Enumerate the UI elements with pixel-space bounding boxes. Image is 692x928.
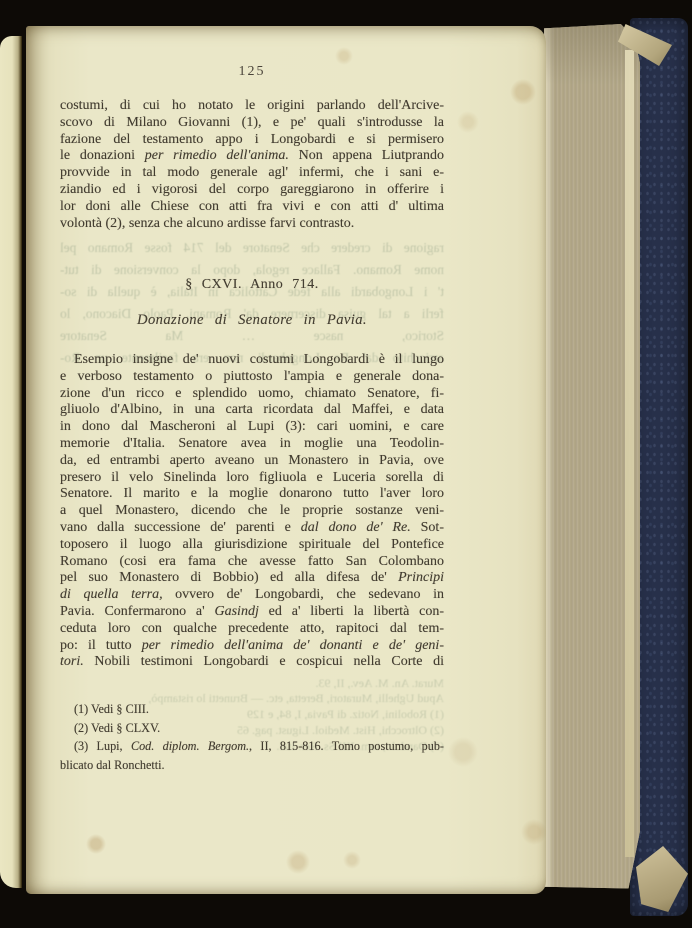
text-line: da, ed entrambi aperto aveano un Monaste… bbox=[60, 453, 444, 470]
text-line: blicato dal Ronchetti. bbox=[60, 758, 444, 777]
text-line: ceduta loro con qualche precedente atto,… bbox=[60, 621, 444, 638]
text-line: po: il tutto per rimedio dell'anima de' … bbox=[60, 638, 444, 655]
bleedthrough-text: Storico, nasce … Ma Senatore bbox=[60, 328, 444, 344]
text-line: presero il velo Sinelinda loro figliuola… bbox=[60, 470, 444, 487]
text-line: costumi, di cui ho notato le origini par… bbox=[60, 98, 444, 115]
text-line: ziandio ed i vigorosi del corpo gareggia… bbox=[60, 182, 444, 199]
book-scan: ragione di credere che Senatore del 714 … bbox=[0, 0, 692, 928]
text-line: pel suo Monastero di Bobbio) ed alla dif… bbox=[60, 570, 444, 587]
text-line: di quella terra, ovvero de' Longobardi, … bbox=[60, 587, 444, 604]
text-line: memorie d'Italia. Senatore avea in mogli… bbox=[60, 436, 444, 453]
text-line: Esempio insigne de' nuovi costumi Longob… bbox=[60, 352, 444, 369]
text-line: Senatore. Il marito e la moglie donarono… bbox=[60, 486, 444, 503]
page-number: 125 bbox=[60, 64, 444, 80]
text-line: Romano (cosi era fama che avesse fatto S… bbox=[60, 554, 444, 571]
text-line: scovo di Milano Giovanni (1), e pe' qual… bbox=[60, 115, 444, 132]
bleedthrough-text: Murat. An. M. Aev., II, 93. bbox=[60, 676, 444, 692]
text-line: toposero il luogo alla giurisdizione spi… bbox=[60, 537, 444, 554]
bleedthrough-text: nome Romano. Fallace regola, dopo la con… bbox=[60, 262, 444, 278]
section-heading: § CXVI. Anno 714. bbox=[60, 277, 444, 293]
body-paragraph-2: Esempio insigne de' nuovi costumi Longob… bbox=[60, 352, 444, 671]
text-line: in dono dal Mascheroni al Lupi (3): cari… bbox=[60, 419, 444, 436]
text-line: volontà (2), senza che alcuno ardisse fa… bbox=[60, 216, 444, 233]
section-subheading: Donazione di Senatore in Pavia. bbox=[60, 312, 444, 329]
body-paragraph-1: costumi, di cui ho notato le origini par… bbox=[60, 98, 444, 232]
text-line: le donazioni per rimedio dell'anima. Non… bbox=[60, 148, 444, 165]
text-line: fazione del testamento appo i Longobardi… bbox=[60, 132, 444, 149]
text-line: (3) Lupi, Cod. diplom. Bergom., II, 815-… bbox=[60, 739, 444, 758]
book-page: ragione di credere che Senatore del 714 … bbox=[26, 26, 546, 894]
adjacent-page-edge bbox=[0, 36, 22, 888]
text-line: lor doni alle Chiese con atti fra vivi e… bbox=[60, 199, 444, 216]
text-line: zione d'un ricco e splendido uomo, chiam… bbox=[60, 386, 444, 403]
text-line: provvide in tal modo generale agl' infer… bbox=[60, 165, 444, 182]
text-line: gliuolo d'Albino, in una carta ricordata… bbox=[60, 402, 444, 419]
text-line: a quel Monastero, dicendo che le proprie… bbox=[60, 503, 444, 520]
text-line: (1) Vedi § CIII. bbox=[60, 702, 444, 721]
fore-edge-page-stack bbox=[544, 24, 640, 892]
text-line: (2) Vedi § CLXV. bbox=[60, 721, 444, 740]
text-line: vano dalla successione de' parenti e dal… bbox=[60, 520, 444, 537]
footnotes-block: (1) Vedi § CIII.(2) Vedi § CLXV.(3) Lupi… bbox=[60, 702, 444, 776]
text-line: Pavia. Confermarono a' Gasindj ed a' lib… bbox=[60, 604, 444, 621]
text-line: e verboso testamento o piuttosto l'ampia… bbox=[60, 369, 444, 386]
text-line: tori. Nobili testimoni Longobardi e cosp… bbox=[60, 654, 444, 671]
bleedthrough-text: ragione di credere che Senatore del 714 … bbox=[60, 240, 444, 256]
